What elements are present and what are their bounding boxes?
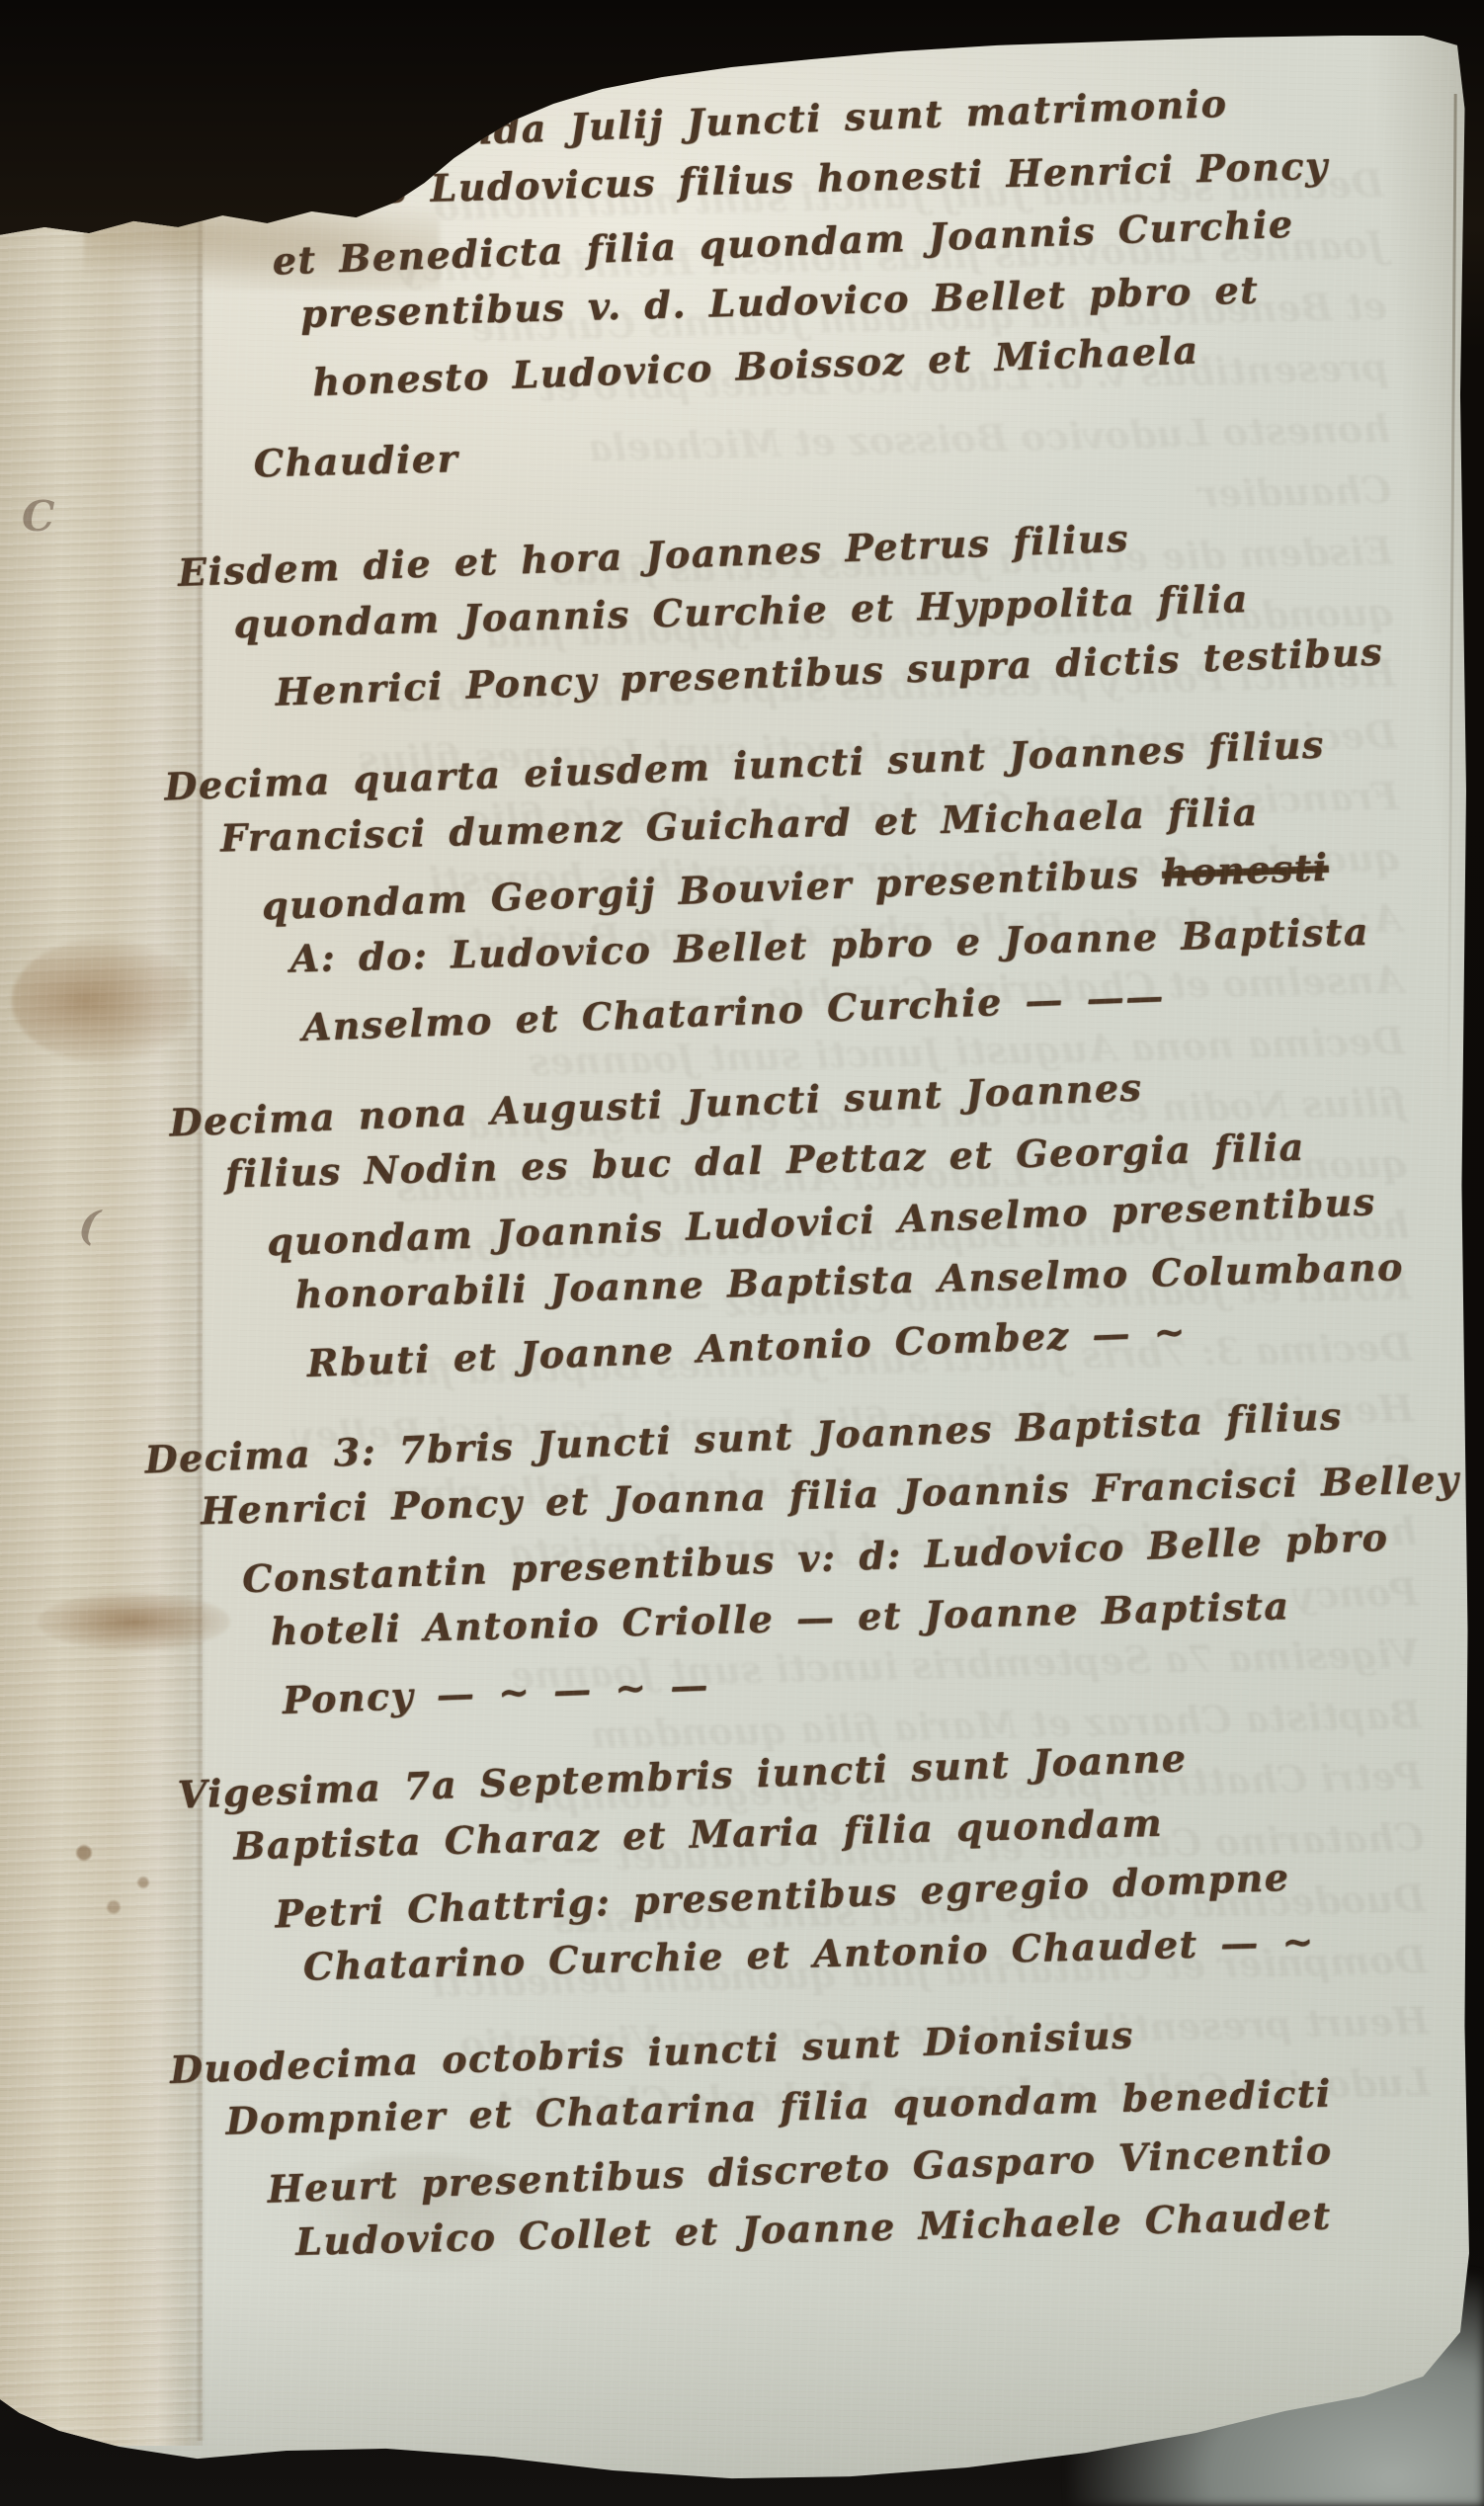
record-entry: Vigesima 7a Septembris iuncti sunt Joann… [177, 1719, 1484, 2004]
record-entry: Decima 3: 7bris Juncti sunt Joannes Bapt… [144, 1383, 1484, 1729]
record-entry: Duodecima octobris iuncti sunt Dionisius… [169, 1994, 1484, 2279]
records-list: Decima secunda Julij Juncti sunt matrimo… [139, 68, 1484, 2278]
record-entry: Decima secunda Julij Juncti sunt matrimo… [174, 68, 1464, 499]
record-entry: Eisdem die et hora Joannes Petrus filius… [177, 499, 1471, 721]
record-line: Chaudier [253, 402, 1464, 494]
register-text: +1666 Decima secunda Julij Juncti sunt m… [136, 0, 1484, 2307]
manuscript-page: Decima secunda Julij Juncti sunt matrimo… [0, 0, 1484, 2506]
stray-ink-mark: C [22, 492, 54, 541]
year-text: 1666 [807, 0, 970, 63]
record-entry: Decima quarta eiusdem iuncti sunt Joanne… [163, 712, 1481, 1057]
photo-background: Decima secunda Julij Juncti sunt matrimo… [0, 0, 1484, 2506]
year-heading: +1666 [729, 0, 1452, 68]
record-entry: Decima nona Augusti Juncti sunt Joannesf… [168, 1047, 1484, 1392]
cross-mark: + [729, 0, 779, 62]
